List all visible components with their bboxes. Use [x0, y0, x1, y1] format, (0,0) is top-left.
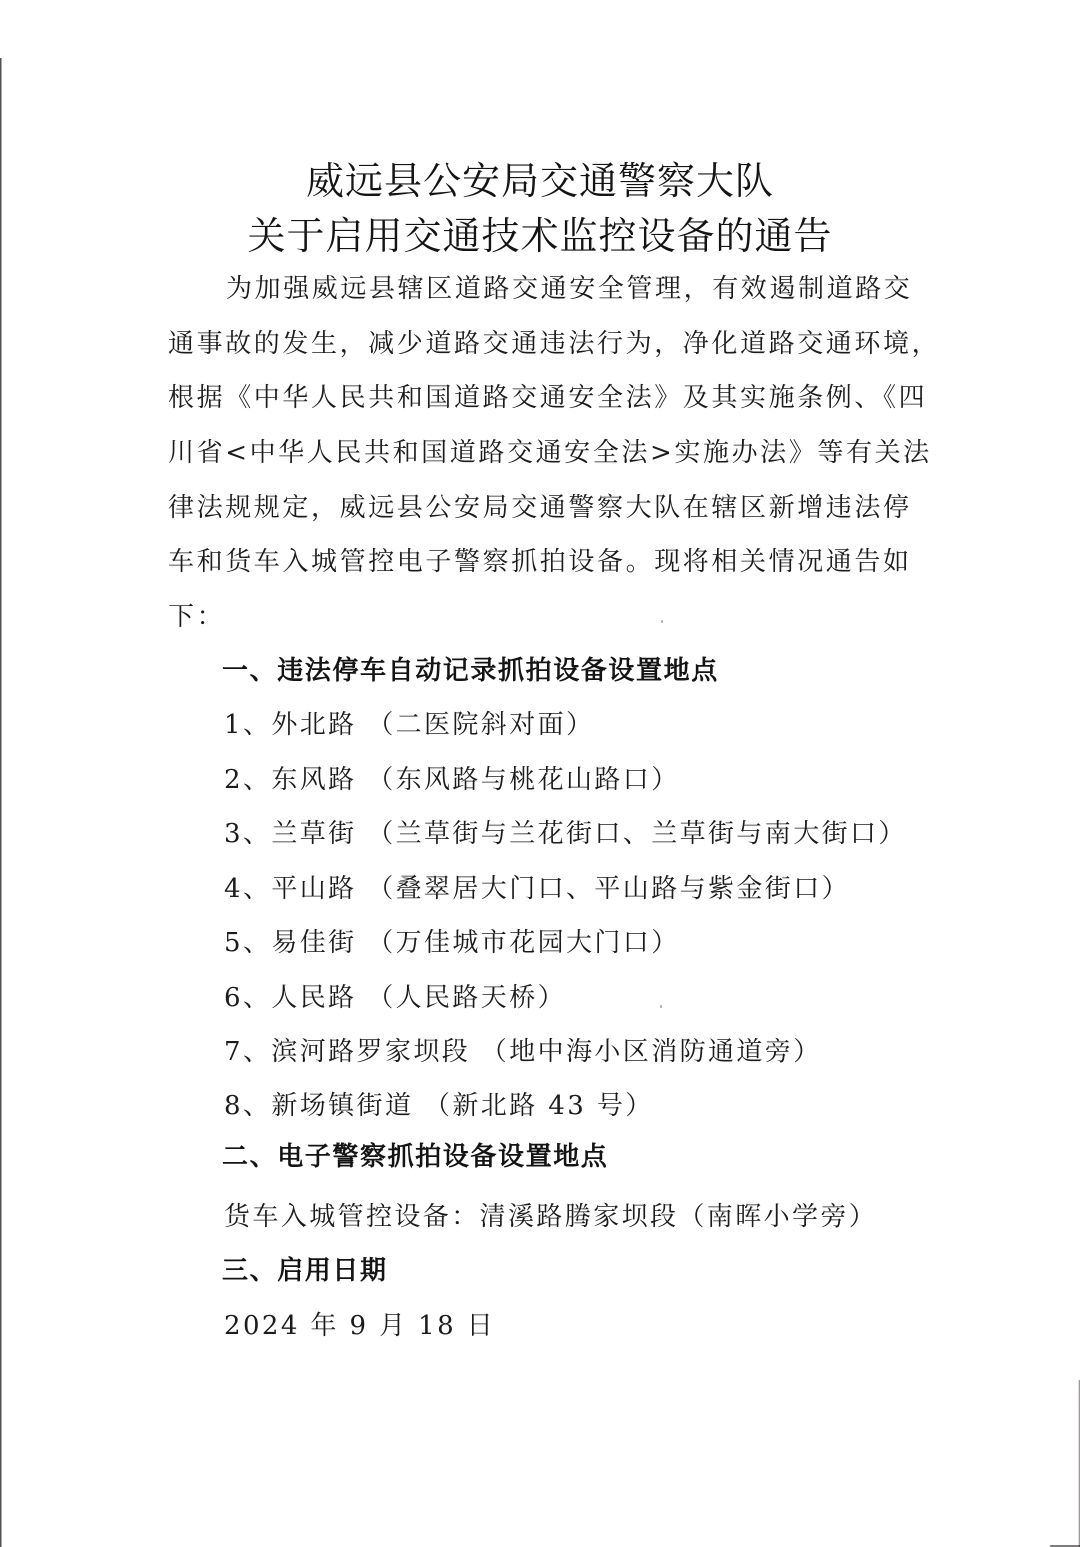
section-1-heading: 一、违法停车自动记录抓拍设备设置地点 — [222, 650, 719, 687]
intro-line-4: 川省<中华人民共和国道路交通安全法>实施办法》等有关法 — [168, 432, 932, 469]
intro-line-2: 通事故的发生，减少道路交通违法行为，净化道路交通环境， — [168, 323, 940, 360]
document-title-line-2: 关于启用交通技术监控设备的通告 — [0, 205, 1080, 260]
location-item-2: 2、东风路 （东风路与桃花山路口） — [224, 759, 680, 796]
intro-line-3: 根据《中华人民共和国道路交通安全法》及其实施条例、《四 — [168, 377, 927, 414]
location-item-4: 4、平山路 （叠翠居大门口、平山路与紫金街口） — [224, 868, 850, 905]
activation-date: 2024 年 9 月 18 日 — [224, 1305, 495, 1342]
location-item-6: 6、人民路 （人民路天桥） — [224, 977, 566, 1014]
intro-line-5: 律法规规定，威远县公安局交通警察大队在辖区新增违法停 — [168, 487, 912, 524]
location-item-7: 7、滨河路罗家坝段 （地中海小区消防通道旁） — [224, 1031, 822, 1068]
location-item-1: 1、外北路 （二医院斜对面） — [224, 704, 594, 741]
intro-line-6: 车和货车入城管控电子警察抓拍设备。现将相关情况通告如 — [168, 541, 912, 578]
intro-line-7: 下： — [168, 596, 225, 633]
section-3-heading: 三、启用日期 — [222, 1250, 388, 1287]
page-left-edge-shadow — [0, 58, 2, 1547]
location-item-3: 3、兰草街 （兰草街与兰花街口、兰草街与南大街口） — [224, 813, 907, 850]
document-title-line-1: 威远县公安局交通警察大队 — [0, 150, 1080, 205]
intro-line-1: 为加强威远县辖区道路交通安全管理，有效遏制道路交 — [226, 268, 912, 305]
scan-speck — [661, 620, 663, 623]
scan-speck — [660, 1005, 662, 1008]
section-2-heading: 二、电子警察抓拍设备设置地点 — [222, 1136, 608, 1173]
truck-control-device-location: 货车入城管控设备：清溪路腾家坝段（南晖小学旁） — [224, 1196, 877, 1233]
scanned-document-page: 威远县公安局交通警察大队 关于启用交通技术监控设备的通告 为加强威远县辖区道路交… — [0, 0, 1080, 1547]
location-item-8: 8、新场镇街道 （新北路 43 号） — [224, 1085, 654, 1122]
location-item-5: 5、易佳街 （万佳城市花园大门口） — [224, 922, 680, 959]
